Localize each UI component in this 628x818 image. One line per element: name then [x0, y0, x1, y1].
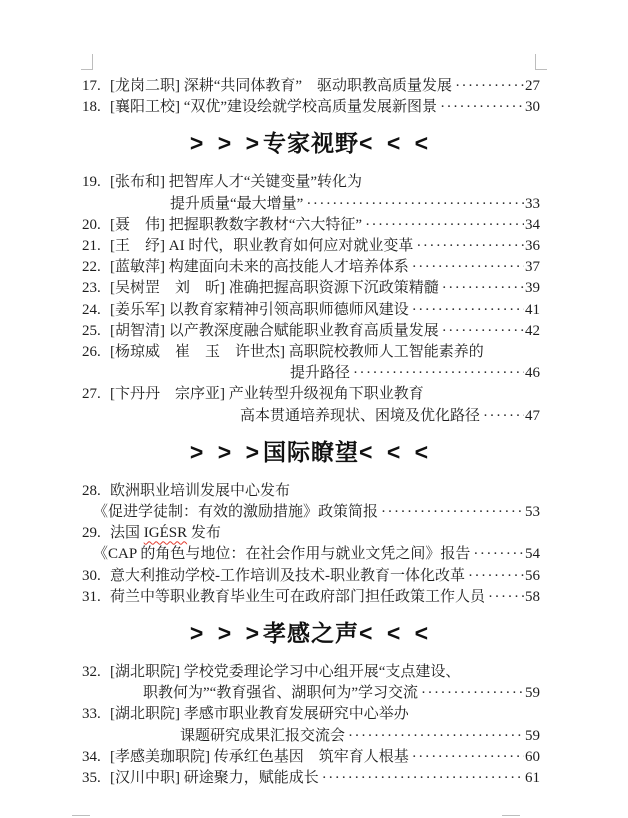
toc-entry-line: 25.[胡智清] 以产教深度融合赋能职业教育高质量发展·············…	[82, 321, 540, 342]
toc-entry: 28.欧洲职业培训发展中心发布《促进学徒制：有效的激励措施》政策简报······…	[82, 481, 540, 523]
dot-leader: ········································…	[442, 278, 524, 299]
toc-entry-line: 30.意大利推动学校-工作培训及技术-职业教育一体化改革············…	[82, 566, 540, 587]
entry-page-number: 59	[525, 683, 540, 704]
dot-leader: ········································…	[322, 768, 524, 789]
section-header-right-angles: < < <	[359, 439, 432, 465]
toc-entry-line: 22.[蓝敏萍] 构建面向未来的高技能人才培养体系···············…	[82, 257, 540, 278]
toc-entry-line: 17.[龙岗二职] 深耕“共同体教育” 驱动职教高质量发展···········…	[82, 76, 540, 97]
entry-number: 34.	[82, 747, 110, 768]
entry-number: 29.	[82, 523, 110, 544]
toc-entry-line: 28.欧洲职业培训发展中心发布	[82, 481, 540, 502]
toc-entry: 23.[吴树罡 刘 昕] 准确把握高职资源下沉政策精髓·············…	[82, 278, 540, 299]
entry-title-text: [卞丹丹 宗序亚] 产业转型升级视角下职业教育	[110, 384, 424, 405]
document-page: 17.[龙岗二职] 深耕“共同体教育” 驱动职教高质量发展···········…	[0, 0, 628, 818]
crop-mark-bottom-right	[502, 815, 520, 816]
entry-page-number: 33	[525, 194, 540, 215]
entry-title-text: 荷兰中等职业教育毕业生可在政府部门担任政策工作人员	[110, 587, 485, 608]
toc-entry: 34.[孝感美珈职院] 传承红色基因 筑牢育人根基···············…	[82, 747, 540, 768]
toc-entry: 32.[湖北职院] 学校党委理论学习中心组开展“支点建设、职教何为”“教育强省、…	[82, 662, 540, 704]
section-header-xiaogan-voice: > > >孝感之声< < <	[82, 618, 540, 648]
entry-number: 18.	[82, 97, 110, 118]
entry-title-text: 提升路径	[290, 363, 350, 384]
entry-number: 20.	[82, 215, 110, 236]
section-header-right-angles: < < <	[359, 620, 432, 646]
toc-entry-line: 27.[卞丹丹 宗序亚] 产业转型升级视角下职业教育	[82, 384, 540, 405]
dot-leader: ········································…	[348, 726, 524, 747]
toc-entry: 17.[龙岗二职] 深耕“共同体教育” 驱动职教高质量发展···········…	[82, 76, 540, 97]
toc-entry-line: 21.[王 纾] AI 时代，职业教育如何应对就业变革·············…	[82, 236, 540, 257]
entry-page-number: 30	[525, 97, 540, 118]
entry-title-text: [襄阳工校] “双优”建设绘就学校高质量发展新图景	[110, 97, 437, 118]
entry-number: 25.	[82, 321, 110, 342]
toc-entry: 31.荷兰中等职业教育毕业生可在政府部门担任政策工作人员············…	[82, 587, 540, 608]
dot-leader: ········································…	[306, 194, 524, 215]
dot-leader: ········································…	[488, 587, 524, 608]
entry-page-number: 53	[525, 502, 540, 523]
entry-page-number: 41	[525, 300, 540, 321]
entry-number: 35.	[82, 768, 110, 789]
entry-title-text: [湖北职院] 孝感市职业教育发展研究中心举办	[110, 704, 409, 725]
entry-number: 19.	[82, 172, 110, 193]
toc-entry: 33.[湖北职院] 孝感市职业教育发展研究中心举办课题研究成果汇报交流会····…	[82, 704, 540, 746]
toc-entry-continuation-line: 职教何为”“教育强省、湖职何为”学习交流····················…	[82, 683, 540, 704]
dot-leader: ········································…	[416, 236, 524, 257]
entry-title-text: [汉川中职] 研途聚力，赋能成长	[110, 768, 319, 789]
dot-leader: ········································…	[412, 747, 524, 768]
section-header-left-angles: > > >	[190, 130, 263, 156]
dot-leader: ········································…	[455, 76, 524, 97]
entry-number: 17.	[82, 76, 110, 97]
entry-page-number: 61	[525, 768, 540, 789]
toc-entry-continuation-line: 《促进学徒制：有效的激励措施》政策简报·····················…	[82, 502, 540, 523]
entry-page-number: 56	[525, 566, 540, 587]
toc-entry-continuation-line: 课题研究成果汇报交流会·····························…	[82, 726, 540, 747]
entry-number: 30.	[82, 566, 110, 587]
entry-title-text: [杨琼威 崔 玉 许世杰] 高职院校教师人工智能素养的	[110, 342, 484, 363]
entry-number: 31.	[82, 587, 110, 608]
toc-entry: 19.[张布和] 把智库人才“关键变量”转化为提升质量“最大增量”·······…	[82, 172, 540, 214]
dot-leader: ········································…	[412, 257, 524, 278]
entry-title-text: 提升质量“最大增量”	[170, 194, 303, 215]
toc-entry-line: 35.[汉川中职] 研途聚力，赋能成长·····················…	[82, 768, 540, 789]
toc-entry-continuation-line: 提升路径····································…	[82, 363, 540, 384]
crop-mark-bottom-left	[72, 815, 90, 816]
entry-number: 33.	[82, 704, 110, 725]
toc-entry-line: 24.[姜乐军] 以教育家精神引领高职师德师风建设···············…	[82, 300, 540, 321]
section-title: 孝感之声	[263, 620, 359, 646]
entry-title-text: [王 纾] AI 时代，职业教育如何应对就业变革	[110, 236, 413, 257]
entry-page-number: 47	[525, 406, 540, 427]
entry-page-number: 54	[525, 544, 540, 565]
dot-leader: ········································…	[468, 566, 524, 587]
entry-page-number: 27	[525, 76, 540, 97]
section-header-right-angles: < < <	[359, 130, 432, 156]
section-header-international: > > >国际瞭望< < <	[82, 437, 540, 467]
entry-number: 28.	[82, 481, 110, 502]
entry-title-text: [吴树罡 刘 昕] 准确把握高职资源下沉政策精髓	[110, 278, 439, 299]
toc-entry: 24.[姜乐军] 以教育家精神引领高职师德师风建设···············…	[82, 300, 540, 321]
toc-entry-line: 31.荷兰中等职业教育毕业生可在政府部门担任政策工作人员············…	[82, 587, 540, 608]
entry-title-text: 欧洲职业培训发展中心发布	[110, 481, 290, 502]
toc-entry: 26.[杨琼威 崔 玉 许世杰] 高职院校教师人工智能素养的提升路径······…	[82, 342, 540, 384]
section-header-experts: > > >专家视野< < <	[82, 128, 540, 158]
toc-entry: 35.[汉川中职] 研途聚力，赋能成长·····················…	[82, 768, 540, 789]
entry-number: 27.	[82, 384, 110, 405]
toc-entry-line: 33.[湖北职院] 孝感市职业教育发展研究中心举办	[82, 704, 540, 725]
crop-mark-top-right-horizontal	[535, 69, 547, 70]
section-title: 专家视野	[263, 130, 359, 156]
entry-number: 22.	[82, 257, 110, 278]
entry-title-fragment: 法国	[110, 525, 144, 541]
entry-title-text: [孝感美珈职院] 传承红色基因 筑牢育人根基	[110, 747, 409, 768]
toc-entry: 20.[聂 伟] 把握职教数字教材“六大特征”·················…	[82, 215, 540, 236]
toc-entry: 25.[胡智清] 以产教深度融合赋能职业教育高质量发展·············…	[82, 321, 540, 342]
entry-page-number: 59	[525, 726, 540, 747]
toc-entry-line: 18.[襄阳工校] “双优”建设绘就学校高质量发展新图景············…	[82, 97, 540, 118]
toc-entry: 30.意大利推动学校-工作培训及技术-职业教育一体化改革············…	[82, 566, 540, 587]
entry-title-text: 《促进学徒制：有效的激励措施》政策简报	[93, 502, 378, 523]
toc-entry: 27.[卞丹丹 宗序亚] 产业转型升级视角下职业教育高本贯通培养现状、困境及优化…	[82, 384, 540, 426]
entry-title-text: [胡智清] 以产教深度融合赋能职业教育高质量发展	[110, 321, 439, 342]
entry-number: 26.	[82, 342, 110, 363]
entry-title-text: 《CAP 的角色与地位：在社会作用与就业文凭之间》报告	[93, 544, 470, 565]
dot-leader: ········································…	[381, 502, 524, 523]
entry-page-number: 39	[525, 278, 540, 299]
entry-number: 21.	[82, 236, 110, 257]
crop-mark-top-left-vertical	[92, 54, 93, 70]
entry-title-text: [龙岗二职] 深耕“共同体教育” 驱动职教高质量发展	[110, 76, 452, 97]
toc-entry-line: 34.[孝感美珈职院] 传承红色基因 筑牢育人根基···············…	[82, 747, 540, 768]
toc-entry-line: 23.[吴树罡 刘 昕] 准确把握高职资源下沉政策精髓·············…	[82, 278, 540, 299]
dot-leader: ········································…	[412, 300, 524, 321]
toc-entry-line: 20.[聂 伟] 把握职教数字教材“六大特征”·················…	[82, 215, 540, 236]
section-header-left-angles: > > >	[190, 620, 263, 646]
entry-title-text: [聂 伟] 把握职教数字教材“六大特征”	[110, 215, 362, 236]
entry-page-number: 37	[525, 257, 540, 278]
entry-page-number: 42	[525, 321, 540, 342]
section-header-left-angles: > > >	[190, 439, 263, 465]
entry-number: 23.	[82, 278, 110, 299]
dot-leader: ········································…	[365, 215, 524, 236]
entry-number: 32.	[82, 662, 110, 683]
spellchecked-word: IGÉSR	[144, 525, 187, 541]
entry-title-text: 意大利推动学校-工作培训及技术-职业教育一体化改革	[110, 566, 465, 587]
entry-page-number: 58	[525, 587, 540, 608]
dot-leader: ········································…	[440, 97, 524, 118]
toc-entry-line: 19.[张布和] 把智库人才“关键变量”转化为	[82, 172, 540, 193]
dot-leader: ········································…	[473, 544, 524, 565]
entry-title-text: [湖北职院] 学校党委理论学习中心组开展“支点建设、	[110, 662, 460, 683]
toc-entry-continuation-line: 高本贯通培养现状、困境及优化路径························…	[82, 406, 540, 427]
toc-entry-line: 29.法国 IGÉSR 发布	[82, 523, 540, 544]
dot-leader: ········································…	[353, 363, 524, 384]
toc-entry-continuation-line: 《CAP 的角色与地位：在社会作用与就业文凭之间》报告·············…	[82, 544, 540, 565]
dot-leader: ········································…	[421, 683, 524, 704]
entry-title-text: 职教何为”“教育强省、湖职何为”学习交流	[143, 683, 418, 704]
entry-title-text: 高本贯通培养现状、困境及优化路径	[240, 406, 480, 427]
toc-entry-continuation-line: 提升质量“最大增量”······························…	[82, 194, 540, 215]
toc-entry: 21.[王 纾] AI 时代，职业教育如何应对就业变革·············…	[82, 236, 540, 257]
entry-page-number: 34	[525, 215, 540, 236]
toc-entry: 22.[蓝敏萍] 构建面向未来的高技能人才培养体系···············…	[82, 257, 540, 278]
entry-number: 24.	[82, 300, 110, 321]
toc-entry-line: 26.[杨琼威 崔 玉 许世杰] 高职院校教师人工智能素养的	[82, 342, 540, 363]
entry-title-text: 法国 IGÉSR 发布	[110, 523, 221, 544]
entry-title-text: [蓝敏萍] 构建面向未来的高技能人才培养体系	[110, 257, 409, 278]
entry-title-fragment: 发布	[187, 525, 221, 541]
entry-page-number: 60	[525, 747, 540, 768]
toc-content: 17.[龙岗二职] 深耕“共同体教育” 驱动职教高质量发展···········…	[82, 76, 540, 789]
toc-entry: 29.法国 IGÉSR 发布《CAP 的角色与地位：在社会作用与就业文凭之间》报…	[82, 523, 540, 565]
entry-page-number: 36	[525, 236, 540, 257]
entry-page-number: 46	[525, 363, 540, 384]
crop-mark-top-left-horizontal	[81, 69, 93, 70]
entry-title-text: [张布和] 把智库人才“关键变量”转化为	[110, 172, 362, 193]
toc-entry: 18.[襄阳工校] “双优”建设绘就学校高质量发展新图景············…	[82, 97, 540, 118]
dot-leader: ········································…	[483, 406, 524, 427]
dot-leader: ········································…	[442, 321, 524, 342]
section-title: 国际瞭望	[263, 439, 359, 465]
entry-title-text: 课题研究成果汇报交流会	[180, 726, 345, 747]
toc-entry-line: 32.[湖北职院] 学校党委理论学习中心组开展“支点建设、	[82, 662, 540, 683]
entry-title-text: [姜乐军] 以教育家精神引领高职师德师风建设	[110, 300, 409, 321]
crop-mark-top-right-vertical	[535, 54, 536, 70]
